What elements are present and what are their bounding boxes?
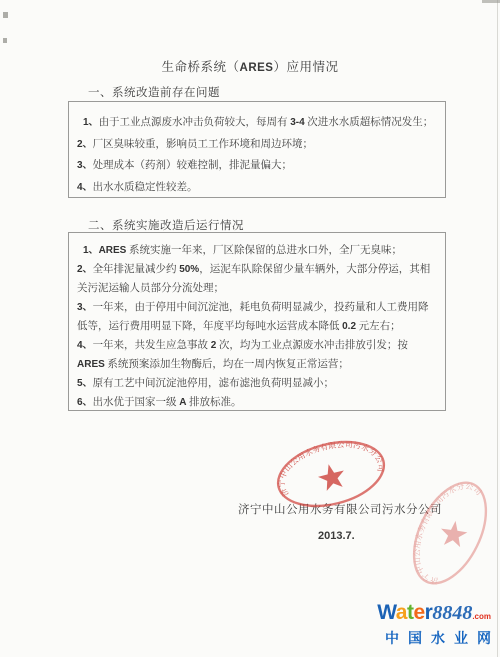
signature-company: 济宁中山公用水务有限公司污水分公司 [238, 501, 442, 517]
page-title-acronym: ARES [240, 62, 274, 74]
page-title: 生命桥系统（ARES）应用情况 [0, 57, 500, 75]
section1-box: 1、由于工业点源废水冲击负荷较大，每周有 3-4 次进水水质超标情况发生； 2、… [68, 101, 446, 198]
seal-arc-text: 济宁中山公用水务有限公司污水分公司 [268, 434, 387, 499]
page-title-post: ）应用情况 [273, 60, 338, 74]
logo-letter: a [396, 601, 407, 624]
logo-letter: e [413, 601, 424, 624]
list-item: 6、出水优于国家一级 A 排放标准。 [77, 393, 436, 412]
seal-arc-text: 济宁中山公用水务有限公司污水分公司 [396, 469, 485, 589]
scanned-document-page: 生命桥系统（ARES）应用情况 一、系统改造前存在问题 1、由于工业点源废水冲击… [0, 0, 500, 657]
list-item: 5、原有工艺中间沉淀池停用，滤布滤池负荷明显减小； [77, 374, 436, 393]
company-seal-stamp-faint: 济宁中山公用水务有限公司污水分公司 [378, 457, 500, 608]
list-item: 4、一年来，共发生应急事故 2 次，均为工业点源废水冲击排放引发；按 ARES … [77, 336, 436, 374]
svg-text:济宁中山公用水务有限公司污水分公司: 济宁中山公用水务有限公司污水分公司 [396, 469, 485, 589]
logo-letter: W [377, 601, 396, 624]
watermark-subtitle: 中国水业网 [377, 628, 500, 648]
scan-speck [3, 38, 7, 43]
section2-box: 1、ARES 系统实施一年来，厂区除保留的总进水口外，全厂无臭味； 2、全年排泥… [68, 232, 446, 411]
seal-ring [399, 471, 500, 594]
list-item: 2、厂区臭味较重，影响员工工作环境和周边环境； [77, 134, 436, 156]
list-item: 2、全年排泥量减少约 50%，运泥车队除保留少量车辆外，大部分停运，其相关污泥运… [77, 260, 436, 298]
scan-edge-line [497, 0, 498, 657]
section2-heading: 二、系统实施改造后运行情况 [88, 217, 244, 233]
signature-date: 2013.7. [318, 530, 355, 542]
seal-star-icon [435, 517, 469, 552]
logo-number: 8848 [432, 602, 472, 624]
logo-tld: .com [472, 612, 491, 621]
list-item: 1、ARES 系统实施一年来，厂区除保留的总进水口外，全厂无臭味； [77, 241, 436, 260]
watermark-wordmark: Water8848.com [377, 603, 491, 627]
scan-corner-smudge [482, 0, 500, 3]
scan-speck [3, 12, 8, 18]
section1-heading: 一、系统改造前存在问题 [88, 84, 220, 100]
list-item: 3、一年来，由于停用中间沉淀池，耗电负荷明显减少，投药量和人工费用降低等，运行费… [77, 298, 436, 336]
page-title-pre: 生命桥系统（ [162, 60, 240, 74]
list-item: 3、处理成本（药剂）较难控制，排泥量偏大； [77, 155, 436, 177]
svg-text:济宁中山公用水务有限公司污水分公司: 济宁中山公用水务有限公司污水分公司 [268, 434, 387, 499]
seal-star-icon [316, 461, 348, 492]
list-item: 4、出水水质稳定性较差。 [77, 177, 436, 199]
water8848-watermark-logo: Water8848.com 中国水业网 [377, 603, 491, 648]
list-item: 1、由于工业点源废水冲击负荷较大，每周有 3-4 次进水水质超标情况发生； [77, 112, 436, 134]
